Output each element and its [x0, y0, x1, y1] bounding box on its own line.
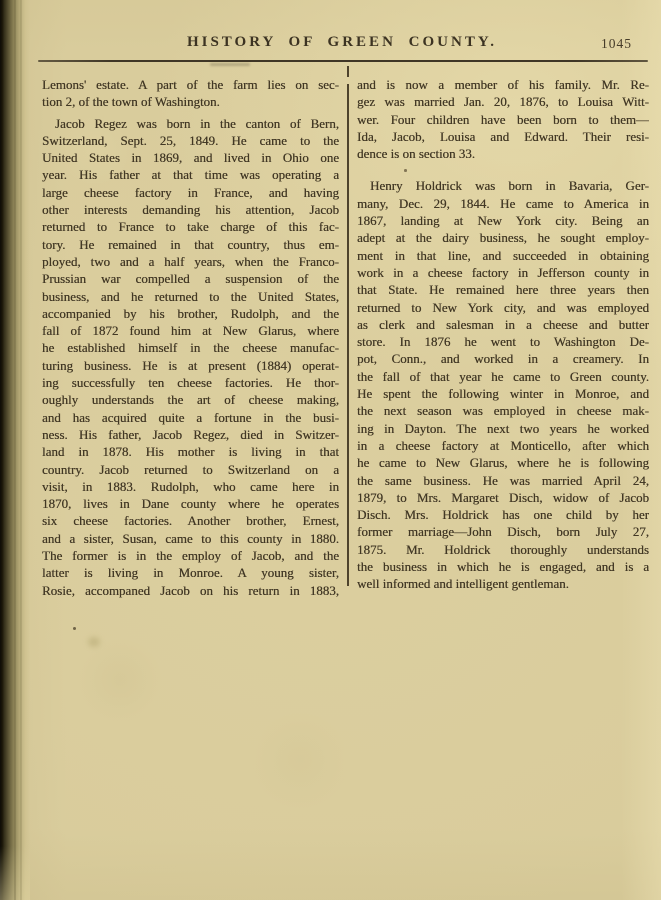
text-line: ness. His father, Jacob Regez, died in S… [42, 426, 339, 443]
text-line: pot, Conn., and worked in a creamery. In [357, 350, 649, 367]
text-line: the fall of that year he came to Green c… [357, 368, 649, 385]
text-line: the same business. He was married April … [357, 472, 649, 489]
paragraph: Lemons' estate. A part of the farm lies … [42, 76, 339, 111]
text-line: latter is living in Monroe. A young sist… [42, 564, 339, 581]
text-line: accompanied by his brother, Rudolph, and… [42, 305, 339, 322]
paragraph: Henry Holdrick was born in Bavaria, Ger-… [357, 177, 649, 592]
header-rule [38, 60, 648, 62]
text-line: turing business. He is at present (1884)… [42, 357, 339, 374]
text-line: wer. Four children have been born to the… [357, 111, 649, 128]
column-divider [347, 66, 349, 586]
text-line: Switzerland, Sept. 25, 1849. He came to … [42, 132, 339, 149]
text-line: tion 2, of the town of Washington. [42, 93, 339, 110]
text-line: oughly understands the art of cheese mak… [42, 391, 339, 408]
text-line: land in 1878. His mother is living in th… [42, 443, 339, 460]
ink-speck [404, 169, 407, 172]
text-line: other interests demanding his attention,… [42, 201, 339, 218]
text-line: Lemons' estate. A part of the farm lies … [42, 76, 339, 93]
text-line: many, Dec. 29, 1844. He came to America … [357, 195, 649, 212]
text-line: business, and he returned to the United … [42, 288, 339, 305]
text-line: 1875. Mr. Holdrick thoroughly understand… [357, 541, 649, 558]
text-line: gez was married Jan. 20, 1876, to Louisa… [357, 93, 649, 110]
text-line: ing successfully ten cheese factories. H… [42, 374, 339, 391]
text-line: work in a cheese factory in Jefferson co… [357, 264, 649, 281]
text-line: The former is in the employ of Jacob, an… [42, 547, 339, 564]
paragraph: Jacob Regez was born in the canton of Be… [42, 115, 339, 599]
binding-streak [20, 0, 22, 900]
text-line: well informed and intelligent gentleman. [357, 575, 649, 592]
ink-speck [73, 627, 76, 630]
text-line: tory. He remained in that country, thus … [42, 236, 339, 253]
text-line: United States in 1869, and lived in Ohio… [42, 149, 339, 166]
left-column: Lemons' estate. A part of the farm lies … [42, 76, 339, 599]
text-line: as clerk and salesman in a cheese and bu… [357, 316, 649, 333]
text-line: fall of 1872 found him at New Glarus, wh… [42, 322, 339, 339]
text-line: ployed, two and a half years, when the F… [42, 253, 339, 270]
text-line: former marriage—John Disch, born July 27… [357, 523, 649, 540]
text-line: and is now a member of his family. Mr. R… [357, 76, 649, 93]
text-line: 1867, landing at New York city. Being an [357, 212, 649, 229]
text-line: Prussian war compelled a suspension of t… [42, 270, 339, 287]
text-line: dence is on section 33. [357, 145, 649, 162]
text-line: six cheese factories. Another brother, E… [42, 512, 339, 529]
text-line: ing in Dayton. The next two years he wor… [357, 420, 649, 437]
text-line: and a sister, Susan, came to this county… [42, 530, 339, 547]
text-line: returned to France to take charge of thi… [42, 218, 339, 235]
text-line: and has acquired quite a fortune in the … [42, 409, 339, 426]
rule-blot [210, 63, 250, 66]
text-line: 1870, lives in Dane county where he oper… [42, 495, 339, 512]
text-line: that State. He remained here three years… [357, 281, 649, 298]
text-line: he established himself in the cheese man… [42, 339, 339, 356]
page-number: 1045 [601, 36, 632, 52]
text-line: he came to New Glarus, where he is follo… [357, 454, 649, 471]
text-line: the business in which he is engaged, and… [357, 558, 649, 575]
paper-smudge [88, 637, 100, 647]
running-head: HISTORY OF GREEN COUNTY. [36, 34, 648, 51]
binding-streak [14, 0, 16, 900]
text-line: in a cheese factory at Monticello, after… [357, 437, 649, 454]
text-line: ment in that line, and succeeded in obta… [357, 247, 649, 264]
binding-edge [0, 0, 30, 900]
text-line: store. In 1876 he went to Washington De- [357, 333, 649, 350]
text-line: year. His father at that time was operat… [42, 166, 339, 183]
text-line: adept at the dairy business, he sought e… [357, 229, 649, 246]
paragraph: and is now a member of his family. Mr. R… [357, 76, 649, 162]
text-line: Jacob Regez was born in the canton of Be… [42, 115, 339, 132]
text-line: Henry Holdrick was born in Bavaria, Ger- [357, 177, 649, 194]
text-line: Ida, Jacob, Louisa and Edward. Their res… [357, 128, 649, 145]
text-line: visit, in 1883. Rudolph, who came here i… [42, 478, 339, 495]
text-line: 1879, to Mrs. Margaret Disch, widow of J… [357, 489, 649, 506]
text-line: He spent the following winter in Monroe,… [357, 385, 649, 402]
text-line: Disch. Mrs. Holdrick has one child by he… [357, 506, 649, 523]
text-line: large cheese factory in France, and havi… [42, 184, 339, 201]
right-column: and is now a member of his family. Mr. R… [357, 76, 649, 593]
text-line: the next season was employed in cheese m… [357, 402, 649, 419]
text-line: returned to New York city, and was emplo… [357, 299, 649, 316]
text-line: country. Jacob returned to Switzerland o… [42, 461, 339, 478]
text-line: Rosie, accompaned Jacob on his return in… [42, 582, 339, 599]
